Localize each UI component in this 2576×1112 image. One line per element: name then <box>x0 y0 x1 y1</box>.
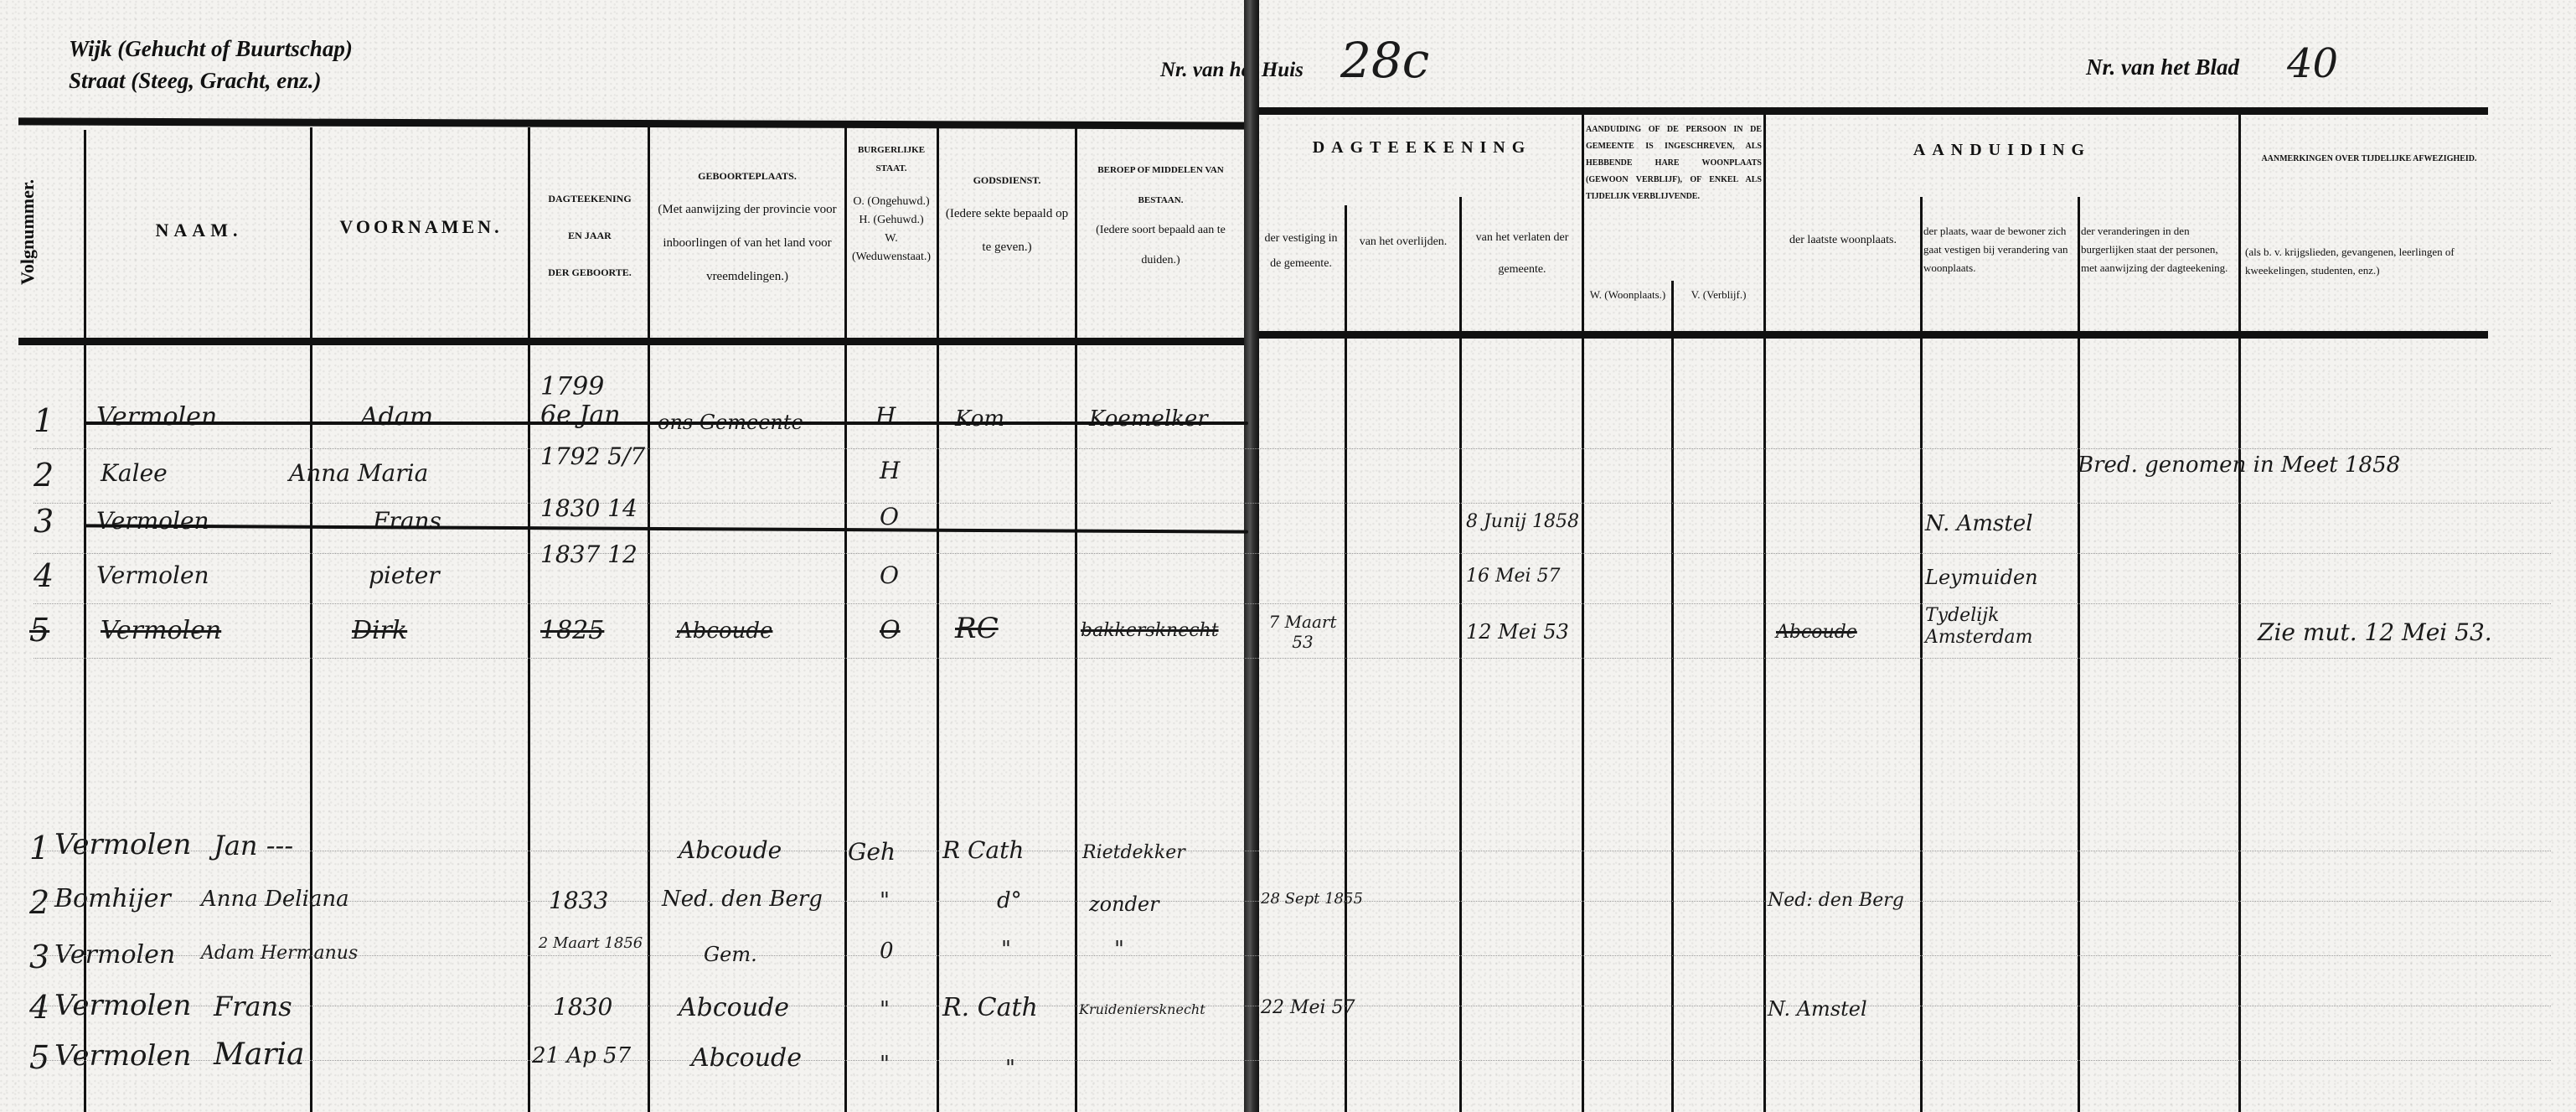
header-voornamen: VOORNAMEN. <box>314 216 528 238</box>
col-line <box>1459 197 1462 1112</box>
geboorte-cell: 2 Maart 1856 <box>536 934 645 953</box>
header-aanmerkingen-note: (als b. v. krijgslieden, gevangenen, lee… <box>2245 243 2496 280</box>
staat-cell: " <box>880 1052 890 1077</box>
verlaten-cell: 16 Mei 57 <box>1466 566 1561 587</box>
col-line <box>1671 281 1674 1112</box>
header-vestigen: der plaats, waar de bewoner zich gaat ve… <box>1923 222 2076 277</box>
staat-cell: " <box>880 888 890 913</box>
header-naam: NAAM. <box>88 220 310 241</box>
header-geboorte: DAGTEEKENING EN JAAR DER GEBOORTE. <box>532 180 648 291</box>
row-number: 4 <box>29 989 49 1026</box>
header-top-rule-right <box>1257 107 2488 115</box>
naam-cell: Vermolen <box>54 989 191 1022</box>
voornamen-cell: Anna Deliana <box>201 887 349 912</box>
geboorteplaats-cell: Abcoude <box>691 1043 802 1073</box>
godsdienst-cell: Kom <box>955 406 1004 432</box>
header-geboorteplaats: GEBOORTEPLAATS. (Met aanwijzing der prov… <box>652 159 843 293</box>
vestigen-cell: N. Amstel <box>1925 511 2033 536</box>
verlaten-cell: 8 Junij 1858 <box>1466 511 1579 532</box>
vestigen-cell: Tydelijk Amsterdam <box>1925 605 2076 649</box>
geboorte-cell: 1792 5/7 <box>540 442 645 470</box>
voornamen-cell: Frans <box>214 990 292 1022</box>
vestiging-cell: 22 Mei 57 <box>1261 997 1355 1018</box>
header-aanmerkingen: AANMERKINGEN OVER TIJDELIJKE AFWEZIGHEID… <box>2243 142 2495 176</box>
geboorteplaats-cell: Abcoude <box>679 993 789 1022</box>
row-number: 3 <box>34 503 54 540</box>
header-bottom-rule <box>18 338 1250 345</box>
naam-cell: Vermolen <box>96 561 209 589</box>
header-veranderingen: der veranderingen in den burgerlijken st… <box>2081 222 2237 277</box>
header-top-rule <box>18 117 1250 129</box>
blad-value: 40 <box>2287 40 2338 87</box>
row-number: 3 <box>29 939 49 975</box>
blad-label: Nr. van het Blad <box>2086 54 2239 80</box>
geboorte-cell: 1825 <box>540 616 604 645</box>
beroep-cell: bakkersknecht <box>1081 620 1219 641</box>
geboorteplaats-cell: Abcoude <box>679 836 782 864</box>
voornamen-cell: Adam <box>360 402 433 432</box>
voornamen-cell: Anna Maria <box>289 459 428 487</box>
col-line <box>2078 197 2080 1112</box>
header-dagteekening: DAGTEEKENING <box>1265 138 1579 158</box>
naam-cell: Vermolen <box>54 940 175 970</box>
staat-cell: O <box>880 561 899 589</box>
staat-cell: H <box>875 402 896 430</box>
book-spine <box>1244 0 1259 1112</box>
voornamen-cell: pieter <box>369 561 440 589</box>
godsdienst-cell: d° <box>997 888 1022 913</box>
staat-cell: O <box>880 503 899 530</box>
godsdienst-cell: " <box>1001 937 1011 962</box>
header-aanduiding-persoon: AANDUIDING OF DE PERSOON IN DE GEMEENTE … <box>1586 122 1762 205</box>
col-line <box>1075 127 1077 1112</box>
col-line <box>844 127 847 1112</box>
voornamen-cell: Dirk <box>352 616 407 645</box>
huis-value: 28c <box>1340 32 1429 89</box>
laatste-woonplaats-cell: Ned: den Berg <box>1768 890 1904 911</box>
header-laatste-woonplaats: der laatste woonplaats. <box>1768 225 1918 256</box>
naam-cell: Vermolen <box>54 828 191 861</box>
geboorte-cell: 1833 <box>549 887 608 914</box>
geboorteplaats-cell: Ned. den Berg <box>662 887 823 912</box>
geboorteplaats-cell: Gem. <box>704 943 757 966</box>
strike-line-row1 <box>84 422 1248 425</box>
beroep-cell: Kruideniersknecht <box>1079 1001 1205 1017</box>
header-vestiging: der vestiging in de gemeente. <box>1259 226 1343 277</box>
staat-cell: " <box>880 997 890 1022</box>
col-line <box>2238 113 2241 1112</box>
vestiging-cell: 7 Maart 53 <box>1265 612 1340 652</box>
row-number: 1 <box>34 402 54 439</box>
naam-cell: Bomhijer <box>54 884 171 913</box>
staat-cell: Geh <box>848 838 896 866</box>
row-number: 5 <box>29 1039 49 1076</box>
voornamen-cell: Maria <box>214 1037 305 1072</box>
naam-cell: Vermolen <box>54 1039 191 1073</box>
col-line <box>528 127 530 1112</box>
godsdienst-cell: R Cath <box>942 836 1024 864</box>
header-verlaten: van het verlaten der gemeente. <box>1464 222 1580 286</box>
huis-label: Nr. van het Huis <box>1160 57 1303 84</box>
verlaten-cell: 12 Mei 53 <box>1466 620 1569 644</box>
godsdienst-cell: RC <box>955 612 999 645</box>
voornamen-cell: Frans <box>373 507 441 535</box>
geboorte-cell: 1830 14 <box>540 494 638 522</box>
col-line <box>1763 109 1766 1112</box>
geboorte-cell: 1837 12 <box>540 540 638 568</box>
beroep-cell: zonder <box>1089 892 1159 916</box>
header-bottom-rule-right <box>1257 331 2488 339</box>
godsdienst-cell: R. Cath <box>942 993 1038 1022</box>
row-number: 5 <box>29 612 49 649</box>
straat-label: Straat (Steeg, Gracht, enz.) <box>69 67 322 94</box>
laatste-woonplaats-cell: N. Amstel <box>1768 997 1867 1021</box>
naam-cell: Vermolen <box>96 402 217 432</box>
aanmerking-cell: Bred. genomen in Meet 1858 <box>2078 453 2400 478</box>
staat-cell: 0 <box>880 939 894 964</box>
header-aanduiding: AANDUIDING <box>1768 141 2237 160</box>
voornamen-cell: Adam Hermanus <box>201 943 358 964</box>
godsdienst-cell: " <box>1005 1056 1015 1081</box>
header-verblijf-v: V. (Verblijf.) <box>1675 287 1762 303</box>
vestiging-cell: 28 Sept 1855 <box>1261 890 1363 908</box>
row-number: 2 <box>29 884 49 921</box>
geboorteplaats-cell: Abcoude <box>677 618 772 644</box>
col-line <box>937 127 939 1112</box>
header-burgerlijke-staat: BURGERLIJKE STAAT. O. (Ongehuwd.) H. (Ge… <box>848 141 935 266</box>
beroep-cell: " <box>1114 937 1124 962</box>
staat-cell: H <box>880 457 900 484</box>
header-godsdienst: GODSDIENST. (Iedere sekte bepaald op te … <box>940 163 1074 264</box>
header-beroep: BEROEP OF MIDDELEN VAN BESTAAN. (Iedere … <box>1079 155 1242 276</box>
col-line <box>310 127 312 1112</box>
row-number: 4 <box>34 557 54 594</box>
beroep-cell: Koemelker <box>1089 406 1208 432</box>
laatste-woonplaats-cell: Abcoude <box>1776 622 1857 643</box>
aanmerking-cell: Zie mut. 12 Mei 53. <box>2258 618 2492 646</box>
naam-cell: Vermolen <box>101 616 221 645</box>
col-line <box>1582 109 1584 1112</box>
header-volgnummer: Volgnummer. <box>17 235 39 285</box>
strike-line-row3 <box>84 524 1248 533</box>
vestigen-cell: Leymuiden <box>1925 566 2038 589</box>
voornamen-cell: Jan --- <box>214 830 293 861</box>
row-number: 1 <box>29 830 49 866</box>
naam-cell: Kalee <box>101 459 168 487</box>
beroep-cell: Rietdekker <box>1082 842 1185 863</box>
col-line <box>1920 197 1923 1112</box>
header-overlijden: van het overlijden. <box>1349 226 1458 258</box>
staat-cell: O <box>880 616 901 645</box>
col-line <box>648 127 650 1112</box>
wijk-label: Wijk (Gehucht of Buurtschap) <box>69 35 353 62</box>
row-number: 2 <box>34 457 54 494</box>
header-woonplaats-w: W. (Woonplaats.) <box>1586 287 1670 303</box>
naam-cell: Vermolen <box>96 507 209 535</box>
geboorte-cell: 21 Ap 57 <box>532 1043 631 1068</box>
geboorte-cell: 1830 <box>553 993 612 1021</box>
